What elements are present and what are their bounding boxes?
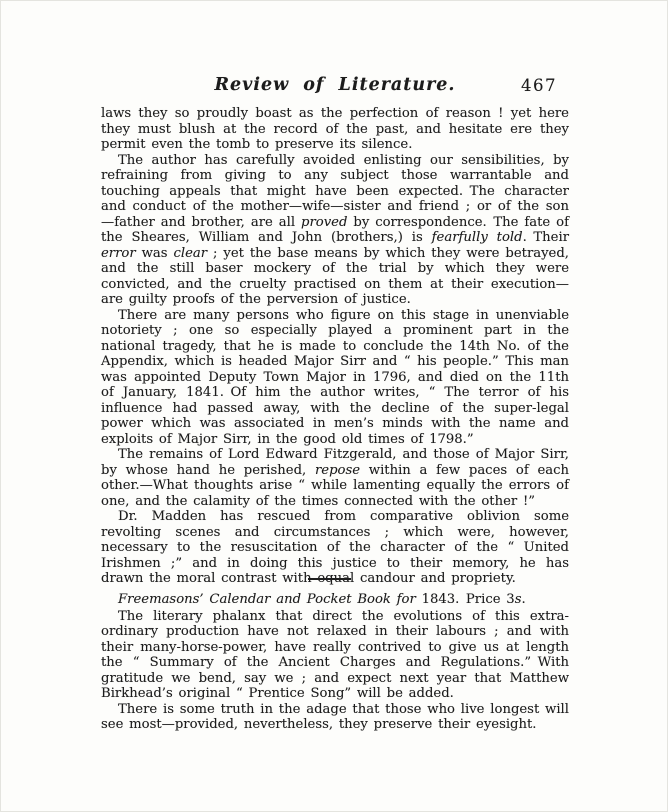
paragraph: laws they so proudly boast as the perfec… [101,106,569,153]
paragraph: The remains of Lord Edward Fitzgerald, a… [101,447,569,509]
review-article-body: laws they so proudly boast as the perfec… [101,106,569,587]
section-divider-rule [308,578,351,580]
calendar-review-paragraphs: The literary phalanx that direct the evo… [101,609,569,733]
paragraph: The literary phalanx that direct the evo… [101,609,569,702]
scanned-book-page: Review of Literature. 467 laws they so p… [0,0,668,812]
page-title: Review of Literature. [214,75,455,95]
paragraph: There are many persons who figure on thi… [101,308,569,448]
paragraph: The author has carefully avoided enlisti… [101,153,569,308]
calendar-review-title: Freemasons’ Calendar and Pocket Book for… [101,592,569,608]
calendar-review-body: Freemasons’ Calendar and Pocket Book for… [101,592,569,733]
paragraph: There is some truth in the adage that th… [101,702,569,733]
paragraph: Dr. Madden has rescued from comparative … [101,509,569,587]
page-number: 467 [521,76,557,95]
running-head: Review of Literature. 467 [101,75,569,97]
